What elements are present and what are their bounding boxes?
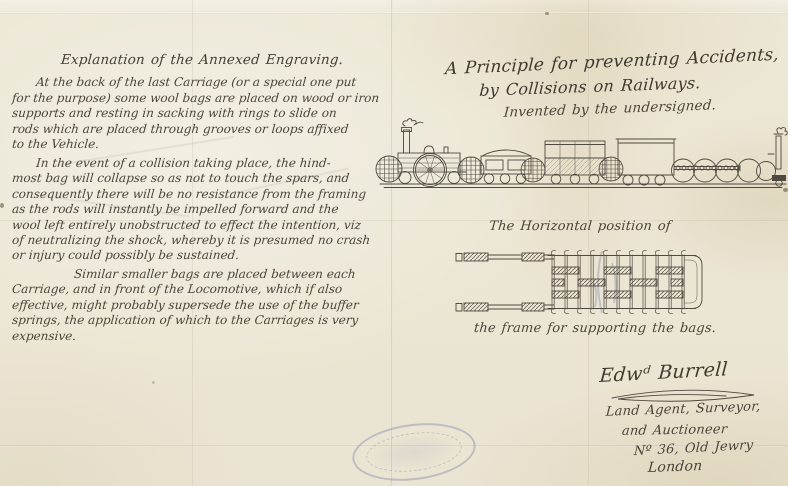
- explanation-line: consequently there will be no resistance…: [11, 187, 392, 202]
- explanation-line: expensive.: [11, 329, 392, 344]
- explanation-line: wool left entirely unobstructed to effec…: [11, 218, 392, 233]
- explanation-line: of neutralizing the shock, whereby it is…: [11, 233, 392, 248]
- locomotive-drawing: [398, 119, 466, 187]
- explanation-line: most bag will collapse so as not to touc…: [11, 171, 392, 186]
- signature-line: and Auctioneer: [621, 422, 728, 439]
- explanation-line: for the purpose) some wool bags are plac…: [11, 91, 392, 106]
- rod-and-rings-drawing: [672, 159, 761, 182]
- signature-line: London: [647, 458, 703, 476]
- open-wagon-drawing: [545, 141, 605, 184]
- paper-edge: [0, 12, 788, 14]
- explanation-line: or injury could possibly be sustained.: [11, 248, 392, 263]
- covered-wagon-drawing: [616, 139, 676, 185]
- explanation-line: Similar smaller bags are placed between …: [11, 267, 392, 282]
- explanation-line: Carriage, and in front of the Locomotive…: [11, 282, 392, 297]
- signature-name: Edwᵈ Burrell: [599, 355, 788, 387]
- approaching-engine-drawing: [757, 128, 788, 187]
- frame-plan-drawing: [452, 243, 764, 321]
- train-engraving: [378, 120, 788, 200]
- frame-caption-above: The Horizontal position of: [449, 219, 710, 234]
- explanation-line: rods which are placed through grooves or…: [11, 122, 392, 137]
- explanation-line: springs, the application of which to the…: [11, 313, 392, 328]
- oval-stamp: [349, 417, 479, 486]
- ink-speck: [545, 12, 549, 15]
- wool-bag-drawing: [458, 157, 484, 183]
- explanation-block: Explanation of the Annexed Engraving. At…: [12, 53, 392, 344]
- wool-bag-drawing: [599, 157, 623, 181]
- wool-bag-drawing: [521, 158, 545, 182]
- explanation-line: supports and resting in sacking with rin…: [11, 106, 392, 121]
- manuscript-sheet: Explanation of the Annexed Engraving. At…: [0, 0, 788, 486]
- explanation-line: effective, might probably supersede the …: [11, 298, 392, 313]
- ink-speck: [152, 381, 155, 384]
- tender-drawing: [481, 150, 531, 183]
- document-subtitle: Invented by the undersigned.: [467, 96, 753, 122]
- explanation-line: as the rods will instantly be impelled f…: [11, 202, 392, 217]
- explanation-heading: Explanation of the Annexed Engraving.: [11, 53, 392, 68]
- explanation-line: At the back of the last Carriage (or a s…: [11, 75, 392, 90]
- explanation-line: to the Vehicle.: [11, 137, 392, 152]
- frame-caption-below: the frame for supporting the bags.: [454, 321, 735, 336]
- signature-line: Nº 36, Old Jewry: [633, 438, 753, 459]
- explanation-line: In the event of a collision taking place…: [11, 156, 392, 171]
- ink-speck: [0, 203, 4, 208]
